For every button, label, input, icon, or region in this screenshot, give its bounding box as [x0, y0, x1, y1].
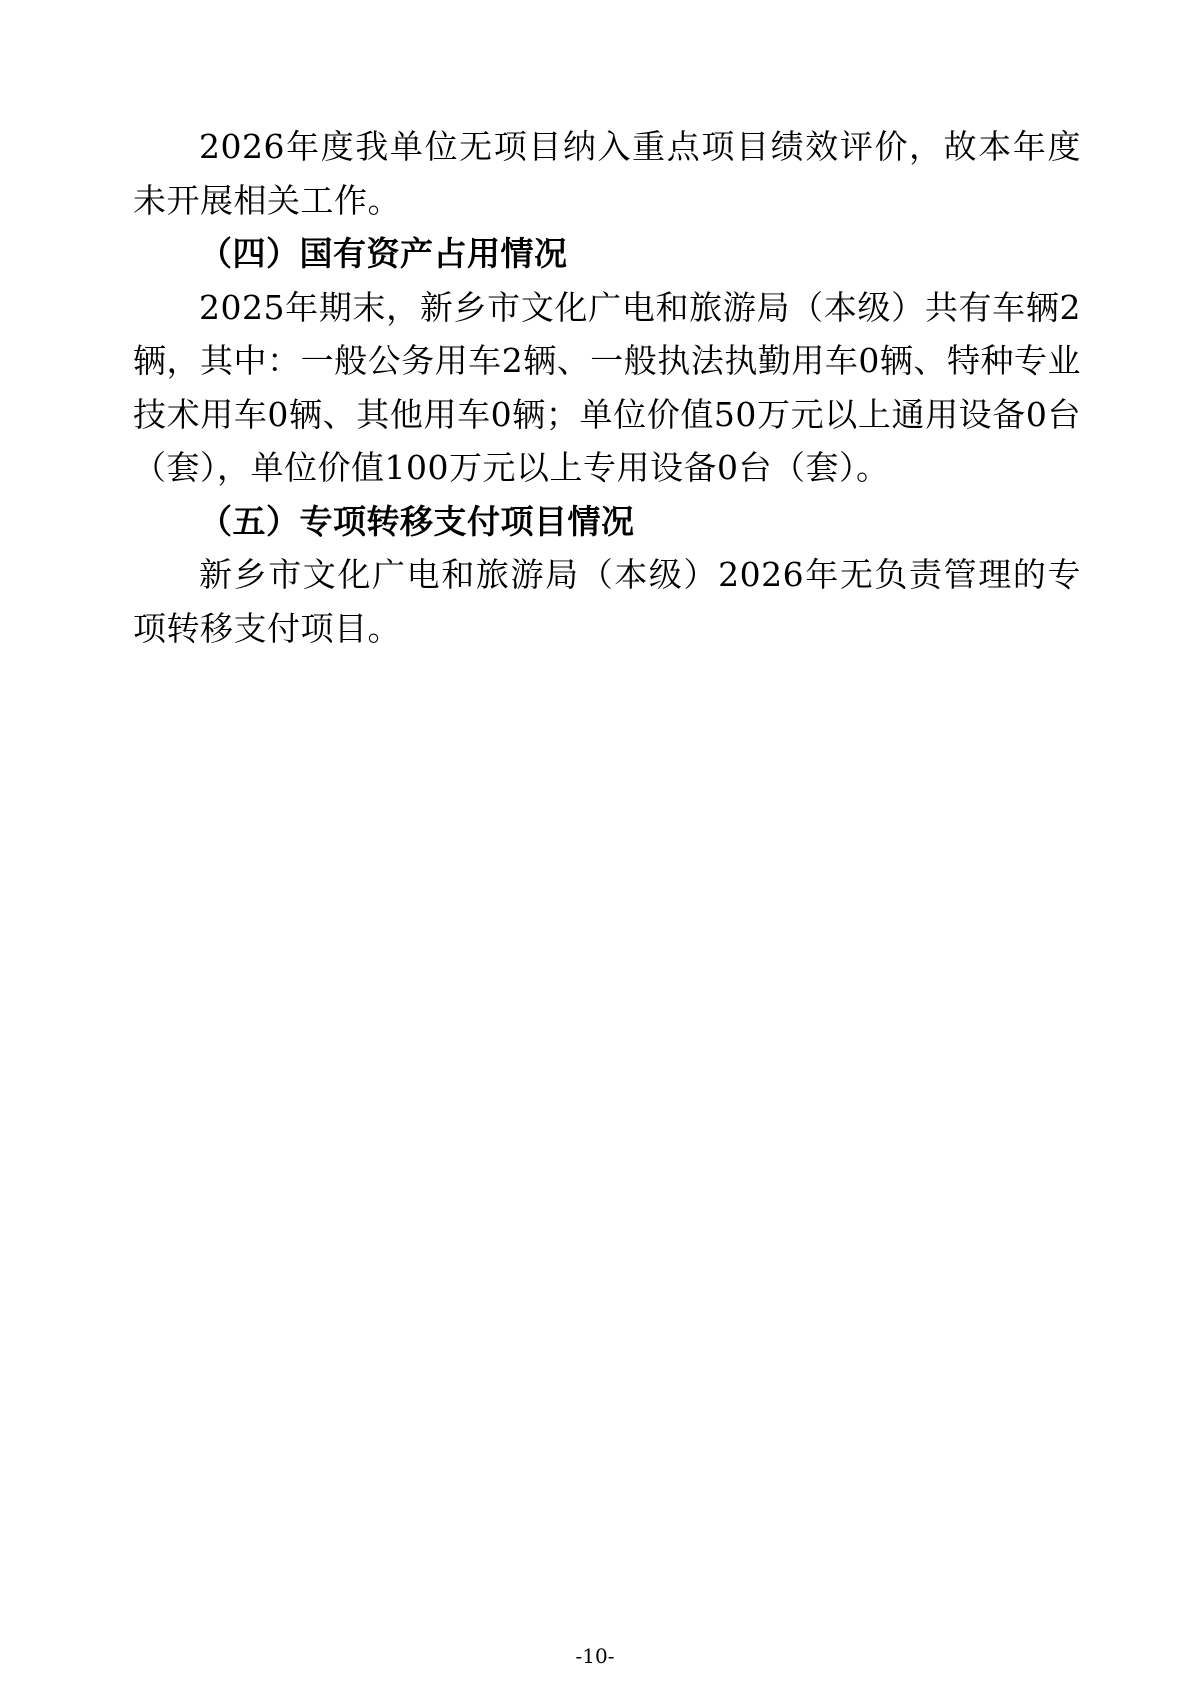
heading-special-transfer-payment: （五）专项转移支付项目情况: [133, 495, 1081, 549]
paragraph-special-transfer-payment: 新乡市文化广电和旅游局（本级）2026年无负责管理的专项转移支付项目。: [133, 548, 1081, 655]
paragraph-performance-evaluation: 2026年度我单位无项目纳入重点项目绩效评价，故本年度未开展相关工作。: [133, 120, 1081, 227]
document-page: 2026年度我单位无项目纳入重点项目绩效评价，故本年度未开展相关工作。 （四）国…: [0, 0, 1190, 1684]
document-content: 2026年度我单位无项目纳入重点项目绩效评价，故本年度未开展相关工作。 （四）国…: [133, 120, 1081, 655]
page-number: -10-: [0, 1644, 1190, 1668]
heading-state-asset-occupancy: （四）国有资产占用情况: [133, 227, 1081, 281]
paragraph-state-asset-occupancy: 2025年期末，新乡市文化广电和旅游局（本级）共有车辆2辆，其中：一般公务用车2…: [133, 281, 1081, 495]
